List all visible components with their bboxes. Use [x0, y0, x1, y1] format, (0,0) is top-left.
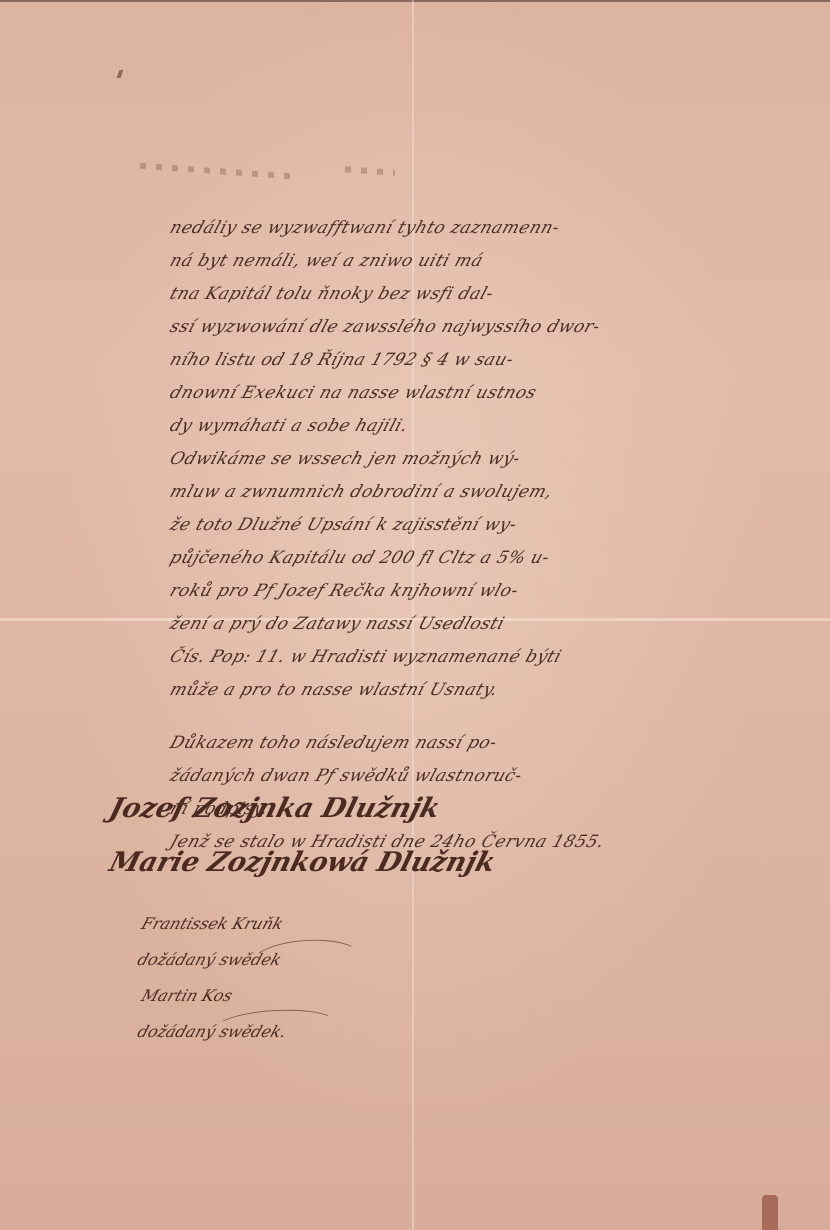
- debtor-signatures: Jozef Zozjnka Dlužnjk Marie Zozjnkowá Dl…: [110, 782, 495, 890]
- body-line: ssí wyzwowání dle zawsslého najwyssího d…: [165, 311, 816, 344]
- body-line: může a pro to nasse wlastní Usnaty.: [165, 674, 816, 707]
- witness-1-name: Frantissek Kruňk: [136, 906, 292, 942]
- body-line: půjčeného Kapitálu od 200 fl Cltz a 5% u…: [165, 542, 816, 575]
- body-line: roků pro Pf Jozef Rečka knjhowní wlo-: [165, 575, 816, 608]
- page-top-edge: [0, 0, 830, 2]
- body-line: dnowní Exekuci na nasse wlastní ustnos: [165, 377, 816, 410]
- red-stain: [762, 1195, 778, 1230]
- body-line: Čís. Pop: 11. w Hradisti wyznamenané být…: [165, 641, 816, 674]
- body-line: dy wymáhati a sobe hajili.: [165, 410, 816, 443]
- body-line: ná byt nemáli, weí a zniwo uiti má: [165, 245, 816, 278]
- faded-ink-trace: [140, 163, 290, 179]
- signature-debtor-2: Marie Zozjnkowá Dlužnjk: [103, 836, 502, 890]
- body-line: že toto Dlužné Upsání k zajisstění wy-: [165, 509, 816, 542]
- body-line: žení a prý do Zatawy nassí Usedlosti: [165, 608, 816, 641]
- closing-line: Důkazem toho následujem nassí po-: [165, 727, 816, 760]
- body-line: mluw a zwnumnich dobrodiní a swolujem,: [165, 476, 816, 509]
- document-body: nedáliy se wyzwafftwaní tyhto zaznamenn-…: [165, 212, 805, 859]
- signature-debtor-1: Jozef Zozjnka Dlužnjk: [103, 782, 502, 836]
- faded-ink-trace: [345, 166, 395, 175]
- body-line: tna Kapitál tolu ňnoky bez wsfi dal-: [165, 278, 816, 311]
- manuscript-page: nedáliy se wyzwafftwaní tyhto zaznamenn-…: [0, 0, 830, 1230]
- body-line: ního listu od 18 Října 1792 § 4 w sau-: [165, 344, 816, 377]
- witness-2-name: Martin Kos: [136, 978, 292, 1014]
- body-line: Odwikáme se wssech jen možných wý-: [165, 443, 816, 476]
- ink-mark: [117, 70, 124, 78]
- body-line: nedáliy se wyzwafftwaní tyhto zaznamenn-: [165, 212, 816, 245]
